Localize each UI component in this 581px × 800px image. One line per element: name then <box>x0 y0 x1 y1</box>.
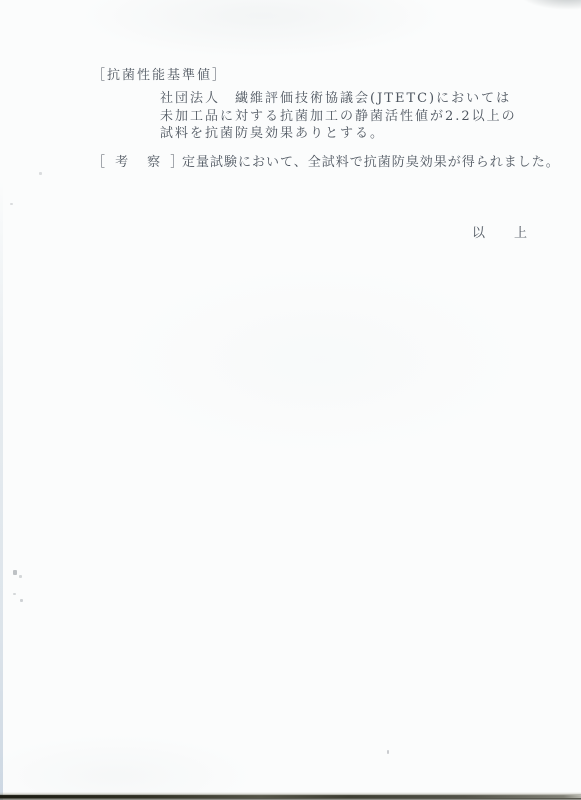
scan-shadow-top-right <box>519 0 581 10</box>
closing-statement: 以 上 <box>472 222 535 241</box>
scan-edge-bottom <box>0 792 581 800</box>
standard-body-line-2: 未加工品に対する抗菌加工の静菌活性値が2.2以上の <box>160 105 517 124</box>
section-label-antibacterial-standard: ［抗菌性能基準値］ <box>92 64 227 83</box>
scan-noise-speck <box>13 570 17 575</box>
scan-noise-speck <box>13 593 16 595</box>
scanned-document-page: ［抗菌性能基準値］ 社団法人 繊維評価技術協議会(JTETC)においては 未加工… <box>0 0 581 800</box>
scan-noise-speck <box>20 599 23 602</box>
scan-noise-speck <box>19 575 22 578</box>
scan-noise-speck <box>39 172 42 175</box>
standard-body-line-3: 試料を抗菌防臭効果ありとする。 <box>160 122 385 141</box>
standard-body-line-1: 社団法人 繊維評価技術協議会(JTETC)においては <box>160 87 511 106</box>
scan-noise-speck <box>387 750 389 754</box>
scan-noise-speck <box>10 203 13 205</box>
scan-edge-left <box>0 180 3 800</box>
discussion-body-text: 定量試験において、全試料で抗菌防臭効果が得られました。 <box>182 151 560 170</box>
section-label-discussion: ［ 考 察 ］ <box>92 151 186 170</box>
